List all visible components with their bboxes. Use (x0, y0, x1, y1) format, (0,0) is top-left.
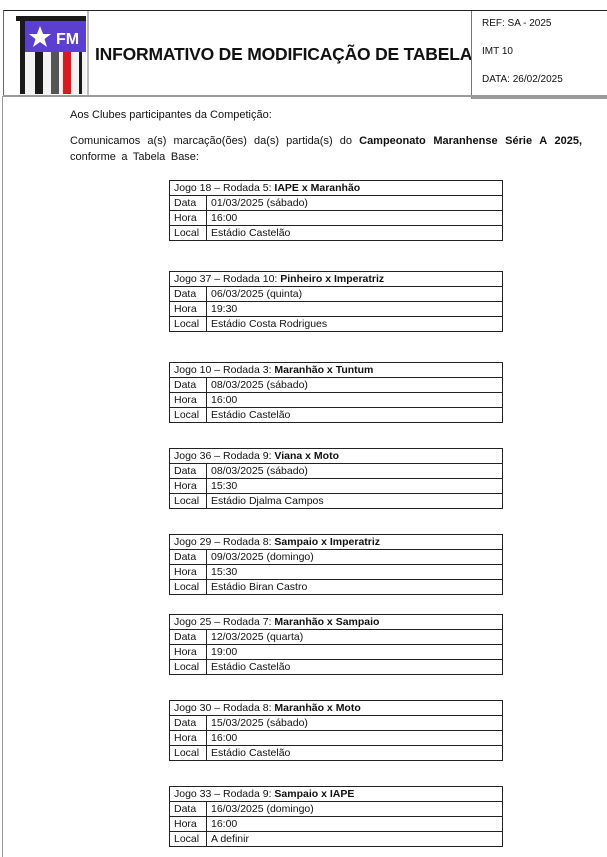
game-title: Jogo 18 – Rodada 5: IAPE x Maranhão (170, 181, 503, 196)
game-header-row: Jogo 18 – Rodada 5: IAPE x Maranhão (170, 181, 503, 196)
game-date: 08/03/2025 (sábado) (207, 464, 503, 479)
time-label: Hora (170, 731, 207, 746)
game-date-row: Data08/03/2025 (sábado) (170, 378, 503, 393)
header-divider (3, 95, 607, 97)
date-label: DATA: 26/02/2025 (482, 74, 563, 85)
game-venue-row: LocalA definir (170, 832, 503, 847)
game-time-row: Hora16:00 (170, 731, 503, 746)
competition-name: Campeonato Maranhense Série A 2025, (359, 135, 582, 147)
date-label: Data (170, 550, 207, 565)
game-table: Jogo 18 – Rodada 5: IAPE x MaranhãoData0… (169, 180, 503, 241)
venue-label: Local (170, 317, 207, 332)
game-date-row: Data12/03/2025 (quarta) (170, 630, 503, 645)
game-date-row: Data08/03/2025 (sábado) (170, 464, 503, 479)
game-table: Jogo 33 – Rodada 9: Sampaio x IAPEData16… (169, 786, 503, 847)
game-table: Jogo 29 – Rodada 8: Sampaio x Imperatriz… (169, 534, 503, 595)
game-venue: Estádio Castelão (207, 226, 503, 241)
date-label: Data (170, 464, 207, 479)
date-label: Data (170, 196, 207, 211)
game-header-row: Jogo 10 – Rodada 3: Maranhão x Tuntum (170, 363, 503, 378)
game-venue: Estádio Castelão (207, 660, 503, 675)
game-venue: Estádio Djalma Campos (207, 494, 503, 509)
meta-cell: REF: SA - 2025 IMT 10 DATA: 26/02/2025 (471, 11, 607, 99)
document-title: INFORMATIVO DE MODIFICAÇÃO DE TABELA (89, 44, 472, 65)
game-time: 16:00 (207, 731, 503, 746)
game-match: Maranhão x Moto (274, 702, 360, 714)
game-time: 15:30 (207, 479, 503, 494)
page-left-border (2, 96, 3, 857)
game-venue: Estádio Costa Rodrigues (207, 317, 503, 332)
time-label: Hora (170, 479, 207, 494)
time-label: Hora (170, 211, 207, 226)
venue-label: Local (170, 660, 207, 675)
game-prefix: Jogo 37 – Rodada 10: (174, 273, 280, 285)
game-header-row: Jogo 25 – Rodada 7: Maranhão x Sampaio (170, 615, 503, 630)
game-time: 19:30 (207, 302, 503, 317)
game-venue-row: LocalEstádio Castelão (170, 408, 503, 423)
game-prefix: Jogo 33 – Rodada 9: (174, 788, 274, 800)
game-date-row: Data16/03/2025 (domingo) (170, 802, 503, 817)
logo-cell: FM (4, 11, 89, 97)
game-venue: A definir (207, 832, 503, 847)
game-prefix: Jogo 25 – Rodada 7: (174, 616, 274, 628)
game-prefix: Jogo 36 – Rodada 9: (174, 450, 274, 462)
game-venue-row: LocalEstádio Biran Castro (170, 580, 503, 595)
game-date: 12/03/2025 (quarta) (207, 630, 503, 645)
game-title: Jogo 25 – Rodada 7: Maranhão x Sampaio (170, 615, 503, 630)
game-title: Jogo 10 – Rodada 3: Maranhão x Tuntum (170, 363, 503, 378)
game-time-row: Hora19:30 (170, 302, 503, 317)
intro-section: Aos Clubes participantes da Competição: … (70, 107, 582, 165)
date-label: Data (170, 378, 207, 393)
game-title: Jogo 29 – Rodada 8: Sampaio x Imperatriz (170, 535, 503, 550)
game-time: 15:30 (207, 565, 503, 580)
title-cell: INFORMATIVO DE MODIFICAÇÃO DE TABELA (89, 11, 472, 97)
game-time-row: Hora15:30 (170, 479, 503, 494)
game-table: Jogo 30 – Rodada 8: Maranhão x MotoData1… (169, 700, 503, 761)
game-prefix: Jogo 18 – Rodada 5: (174, 182, 274, 194)
date-label: Data (170, 802, 207, 817)
game-match: Sampaio x Imperatriz (274, 536, 380, 548)
venue-label: Local (170, 226, 207, 241)
game-venue-row: LocalEstádio Castelão (170, 660, 503, 675)
game-time-row: Hora16:00 (170, 393, 503, 408)
game-date: 06/03/2025 (quinta) (207, 287, 503, 302)
game-prefix: Jogo 10 – Rodada 3: (174, 364, 274, 376)
date-label: Data (170, 630, 207, 645)
greeting-text: Aos Clubes participantes da Competição: (70, 107, 582, 123)
game-date: 09/03/2025 (domingo) (207, 550, 503, 565)
game-prefix: Jogo 29 – Rodada 8: (174, 536, 274, 548)
date-label: Data (170, 716, 207, 731)
game-table: Jogo 36 – Rodada 9: Viana x MotoData08/0… (169, 448, 503, 509)
game-date: 15/03/2025 (sábado) (207, 716, 503, 731)
date-label: Data (170, 287, 207, 302)
game-date-row: Data15/03/2025 (sábado) (170, 716, 503, 731)
game-header-row: Jogo 33 – Rodada 9: Sampaio x IAPE (170, 787, 503, 802)
time-label: Hora (170, 565, 207, 580)
game-date-row: Data01/03/2025 (sábado) (170, 196, 503, 211)
game-venue: Estádio Castelão (207, 746, 503, 761)
svg-text:FM: FM (56, 31, 79, 48)
game-time-row: Hora16:00 (170, 817, 503, 832)
game-match: IAPE x Maranhão (274, 182, 360, 194)
venue-label: Local (170, 580, 207, 595)
game-prefix: Jogo 30 – Rodada 8: (174, 702, 274, 714)
venue-label: Local (170, 408, 207, 423)
game-match: Pinheiro x Imperatriz (280, 273, 384, 285)
game-venue: Estádio Castelão (207, 408, 503, 423)
game-time: 16:00 (207, 817, 503, 832)
game-time: 19:00 (207, 645, 503, 660)
paragraph-prefix: Comunicamos a(s) marcação(ões) da(s) par… (70, 135, 359, 147)
game-table: Jogo 10 – Rodada 3: Maranhão x TuntumDat… (169, 362, 503, 423)
game-header-row: Jogo 29 – Rodada 8: Sampaio x Imperatriz (170, 535, 503, 550)
game-date: 08/03/2025 (sábado) (207, 378, 503, 393)
game-title: Jogo 33 – Rodada 9: Sampaio x IAPE (170, 787, 503, 802)
game-time: 16:00 (207, 393, 503, 408)
game-date-row: Data09/03/2025 (domingo) (170, 550, 503, 565)
venue-label: Local (170, 494, 207, 509)
paragraph-suffix: conforme a Tabela Base: (70, 151, 199, 163)
document-header: FM INFORMATIVO DE MODIFICAÇÃO DE TABELA … (3, 10, 607, 97)
game-date: 16/03/2025 (domingo) (207, 802, 503, 817)
game-title: Jogo 36 – Rodada 9: Viana x Moto (170, 449, 503, 464)
game-time-row: Hora15:30 (170, 565, 503, 580)
game-date-row: Data06/03/2025 (quinta) (170, 287, 503, 302)
game-time: 16:00 (207, 211, 503, 226)
time-label: Hora (170, 645, 207, 660)
federation-logo-icon: FM (16, 16, 86, 94)
game-venue-row: LocalEstádio Castelão (170, 226, 503, 241)
game-table: Jogo 37 – Rodada 10: Pinheiro x Imperatr… (169, 271, 503, 332)
game-venue-row: LocalEstádio Costa Rodrigues (170, 317, 503, 332)
game-match: Maranhão x Tuntum (274, 364, 373, 376)
game-header-row: Jogo 36 – Rodada 9: Viana x Moto (170, 449, 503, 464)
game-time-row: Hora19:00 (170, 645, 503, 660)
game-match: Maranhão x Sampaio (274, 616, 379, 628)
intro-paragraph: Comunicamos a(s) marcação(ões) da(s) par… (70, 133, 582, 165)
game-table: Jogo 25 – Rodada 7: Maranhão x SampaioDa… (169, 614, 503, 675)
game-time-row: Hora16:00 (170, 211, 503, 226)
game-title: Jogo 30 – Rodada 8: Maranhão x Moto (170, 701, 503, 716)
imt-label: IMT 10 (482, 46, 513, 57)
game-venue-row: LocalEstádio Castelão (170, 746, 503, 761)
time-label: Hora (170, 393, 207, 408)
game-match: Viana x Moto (274, 450, 339, 462)
game-date: 01/03/2025 (sábado) (207, 196, 503, 211)
game-match: Sampaio x IAPE (274, 788, 354, 800)
game-venue: Estádio Biran Castro (207, 580, 503, 595)
venue-label: Local (170, 832, 207, 847)
game-title: Jogo 37 – Rodada 10: Pinheiro x Imperatr… (170, 272, 503, 287)
time-label: Hora (170, 302, 207, 317)
ref-label: REF: SA - 2025 (482, 18, 551, 29)
venue-label: Local (170, 746, 207, 761)
time-label: Hora (170, 817, 207, 832)
game-venue-row: LocalEstádio Djalma Campos (170, 494, 503, 509)
game-header-row: Jogo 30 – Rodada 8: Maranhão x Moto (170, 701, 503, 716)
game-header-row: Jogo 37 – Rodada 10: Pinheiro x Imperatr… (170, 272, 503, 287)
